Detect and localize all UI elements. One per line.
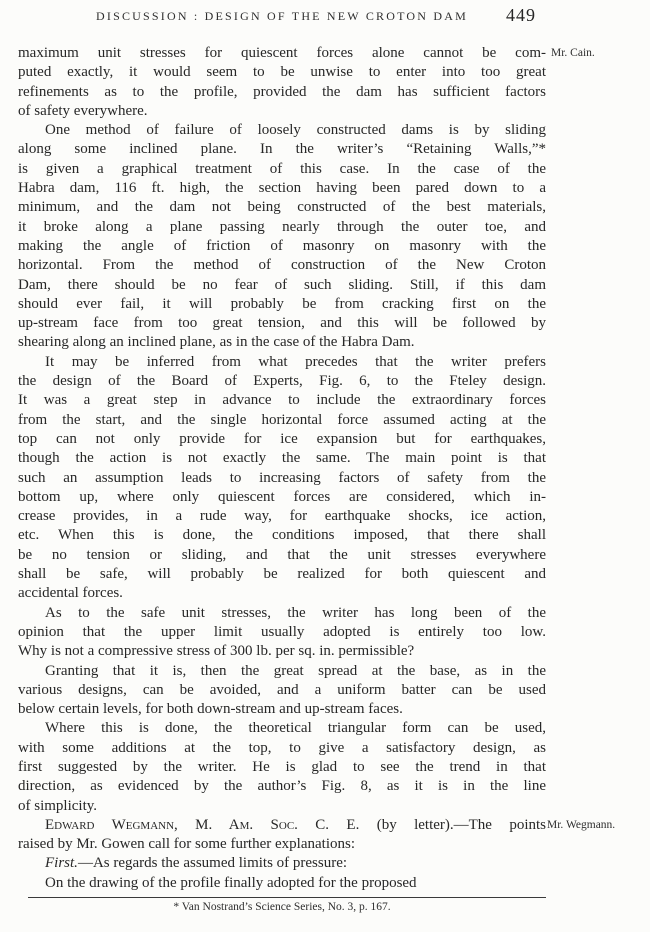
text-line: It may be inferred from what precedes th… (18, 353, 546, 372)
text-line: Habra dam, 116 ft. high, the section hav… (18, 179, 546, 198)
text-line: Where this is done, the theoretical tria… (18, 719, 546, 738)
paragraph: On the drawing of the profile finally ad… (18, 874, 546, 893)
paragraph: Edward Wegmann, M. Am. Soc. C. E. (by le… (18, 816, 546, 855)
text-line: though the action is not exactly the sam… (18, 449, 546, 468)
text-line: various designs, can be avoided, and a u… (18, 681, 546, 700)
paragraph: It may be inferred from what precedes th… (18, 353, 546, 604)
page-number: 449 (506, 5, 536, 26)
text-line: puted exactly, it would seem to be unwis… (18, 63, 546, 82)
footnote-rule (28, 897, 546, 898)
text-line: As to the safe unit stresses, the writer… (18, 604, 546, 623)
text-line: raised by Mr. Gowen call for some furthe… (18, 835, 546, 854)
text-segment: —As regards the assumed limits of pressu… (78, 855, 347, 871)
text-line: up-stream face from too great tension, a… (18, 314, 546, 333)
text-line: bottom up, where only quiescent forces a… (18, 488, 546, 507)
text-line: along some inclined plane. In the writer… (18, 140, 546, 159)
paragraph: First.—As regards the assumed limits of … (18, 854, 546, 873)
text-line: of safety everywhere. (18, 102, 546, 121)
text-line: be no tension or sliding, and that the u… (18, 546, 546, 565)
italic-lead: First. (45, 855, 78, 871)
text-line: crease provides, in a rude way, for eart… (18, 507, 546, 526)
paragraph: One method of failure of loosely constru… (18, 121, 546, 353)
text-line: such an assumption leads to increasing f… (18, 469, 546, 488)
text-line: it broke along a plane passing nearly th… (18, 218, 546, 237)
margin-note-cain: Mr. Cain. (551, 47, 595, 59)
margin-note-wegmann: Mr. Wegmann. (547, 819, 615, 831)
text-line: Granting that it is, then the great spre… (18, 662, 546, 681)
text-line: Edward Wegmann, M. Am. Soc. C. E. (by le… (18, 816, 546, 835)
text-line: refinements as to the profile, provided … (18, 83, 546, 102)
text-line: etc. When this is done, the conditions i… (18, 526, 546, 545)
text-line: from the start, and the single horizonta… (18, 411, 546, 430)
document-page: DISCUSSION : DESIGN OF THE NEW CROTON DA… (0, 0, 650, 932)
footnote-text: * Van Nostrand’s Science Series, No. 3, … (18, 901, 546, 913)
text-line: maximum unit stresses for quiescent forc… (18, 44, 546, 63)
text-line: First.—As regards the assumed limits of … (18, 854, 546, 873)
text-line: top can not only provide for ice expansi… (18, 430, 546, 449)
smallcaps-name: Edward Wegmann, M. Am. Soc. C. E. (45, 817, 359, 833)
text-line: shearing along an inclined plane, as in … (18, 333, 546, 352)
text-segment: (by letter).—The points (359, 817, 546, 833)
paragraph: maximum unit stresses for quiescent forc… (18, 44, 546, 121)
text-line: One method of failure of loosely constru… (18, 121, 546, 140)
text-line: making the angle of friction of masonry … (18, 237, 546, 256)
running-header: DISCUSSION : DESIGN OF THE NEW CROTON DA… (18, 9, 546, 24)
paragraph: Granting that it is, then the great spre… (18, 662, 546, 720)
text-line: with some additions at the top, to give … (18, 739, 546, 758)
text-line: It was a great step in advance to includ… (18, 391, 546, 410)
text-line: should ever fail, it will probably be fr… (18, 295, 546, 314)
text-line: first suggested by the writer. He is gla… (18, 758, 546, 777)
text-line: Dam, there should be no fear of such sli… (18, 276, 546, 295)
text-line: horizontal. From the method of construct… (18, 256, 546, 275)
text-line: the design of the Board of Experts, Fig.… (18, 372, 546, 391)
text-line: opinion that the upper limit usually ado… (18, 623, 546, 642)
text-line: below certain levels, for both down-stre… (18, 700, 546, 719)
text-line: minimum, and the dam not being construct… (18, 198, 546, 217)
paragraph: As to the safe unit stresses, the writer… (18, 604, 546, 662)
text-line: direction, as evidenced by the author’s … (18, 777, 546, 796)
text-line: is given a graphical treatment of this c… (18, 160, 546, 179)
text-line: of simplicity. (18, 797, 546, 816)
text-line: shall be safe, will probably be realized… (18, 565, 546, 584)
text-line: Why is not a compressive stress of 300 l… (18, 642, 546, 661)
body-text: maximum unit stresses for quiescent forc… (18, 44, 546, 893)
text-line: On the drawing of the profile finally ad… (18, 874, 546, 893)
paragraph: Where this is done, the theoretical tria… (18, 719, 546, 815)
text-line: accidental forces. (18, 584, 546, 603)
